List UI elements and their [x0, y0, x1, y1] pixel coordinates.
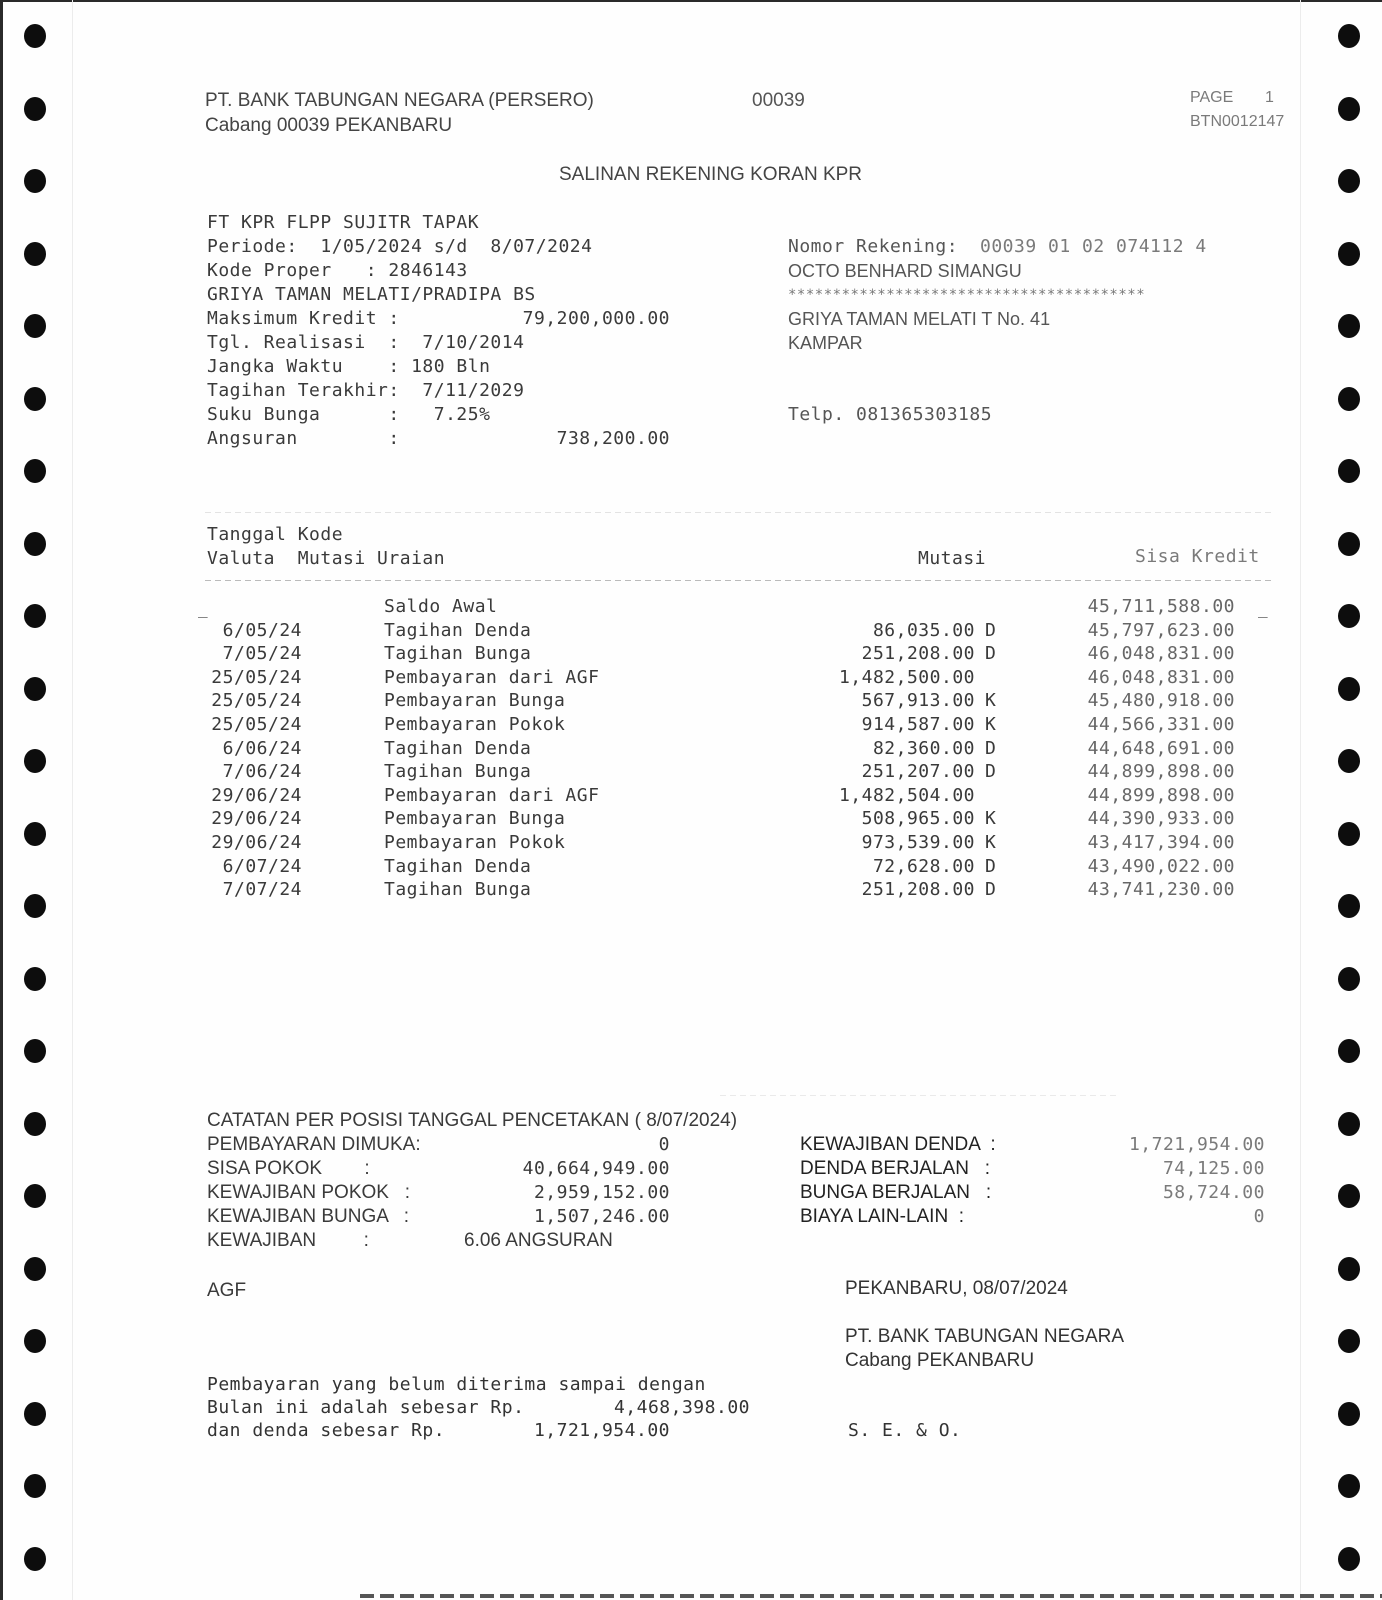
table-row: 25/05/24Pembayaran Bunga567,913.00K45,48…	[200, 690, 1270, 714]
summary-value: 1,507,246.00	[470, 1206, 670, 1228]
remaining-balance: 45,480,918.00	[1030, 690, 1235, 712]
transaction-date: 6/07/24	[200, 856, 302, 878]
tractor-hole-icon	[1338, 604, 1360, 628]
tractor-hole-icon	[24, 24, 46, 48]
document-title: SALINAN REKENING KORAN KPR	[559, 164, 862, 186]
column-header-valuta-mutasi-uraian: Valuta Mutasi Uraian	[207, 548, 445, 570]
transaction-amount: 251,208.00	[800, 643, 975, 665]
debit-credit-flag: D	[985, 620, 1005, 642]
remaining-balance: 44,390,933.00	[1030, 808, 1235, 830]
tractor-hole-icon	[24, 604, 46, 628]
tractor-hole-icon	[24, 532, 46, 556]
remaining-balance: 46,048,831.00	[1030, 667, 1235, 689]
note-penalty-amount: 1,721,954.00	[480, 1420, 670, 1442]
perforation-line-right	[1300, 0, 1301, 1600]
transaction-date: 29/06/24	[200, 832, 302, 854]
transaction-amount: 567,913.00	[800, 690, 975, 712]
tractor-hole-icon	[24, 97, 46, 121]
tractor-hole-icon	[24, 822, 46, 846]
tractor-hole-icon	[1338, 459, 1360, 483]
loan-period: Periode: 1/05/2024 s/d 8/07/2024	[207, 236, 592, 258]
debit-credit-flag: K	[985, 808, 1005, 830]
tractor-hole-icon	[1338, 314, 1360, 338]
transaction-description: Pembayaran dari AGF	[384, 785, 599, 807]
transaction-description: Tagihan Bunga	[384, 643, 531, 665]
remaining-balance: 43,490,022.00	[1030, 856, 1235, 878]
transaction-description: Tagihan Bunga	[384, 879, 531, 901]
tractor-hole-icon	[1338, 97, 1360, 121]
debit-credit-flag: D	[985, 879, 1005, 901]
tractor-hole-icon	[24, 314, 46, 338]
tractor-hole-icon	[24, 1184, 46, 1208]
transaction-date: 29/06/24	[200, 808, 302, 830]
summary-label: KEWAJIBAN DENDA :	[800, 1134, 996, 1156]
summary-label: DENDA BERJALAN :	[800, 1158, 990, 1180]
account-number: 00039 01 02 074112 4	[980, 236, 1207, 258]
tractor-hole-icon	[1338, 749, 1360, 773]
tractor-hole-icon	[1338, 1474, 1360, 1498]
address-line1: GRIYA TAMAN MELATI T No. 41	[788, 308, 1050, 330]
tractor-hole-icon	[1338, 894, 1360, 918]
tractor-hole-icon	[1338, 1257, 1360, 1281]
note-outstanding-amount: 4,468,398.00	[560, 1397, 750, 1419]
summary-value: 1,721,954.00	[1050, 1134, 1265, 1156]
table-row: 29/06/24Pembayaran dari AGF1,482,504.004…	[200, 785, 1270, 809]
tractor-hole-icon	[24, 1257, 46, 1281]
transaction-description: Pembayaran dari AGF	[384, 667, 599, 689]
summary-title: CATATAN PER POSISI TANGGAL PENCETAKAN ( …	[207, 1110, 737, 1132]
realization-date: Tgl. Realisasi : 7/10/2014	[207, 332, 524, 354]
tractor-hole-icon	[1338, 1329, 1360, 1353]
remaining-balance: 44,648,691.00	[1030, 738, 1235, 760]
paper-edge-top	[0, 0, 1382, 2]
table-row: 25/05/24Pembayaran dari AGF1,482,500.004…	[200, 667, 1270, 691]
statement-sheet: PT. BANK TABUNGAN NEGARA (PERSERO) Caban…	[0, 0, 1382, 1600]
summary-value: 40,664,949.00	[470, 1158, 670, 1180]
table-row: 29/06/24Pembayaran Bunga508,965.00K44,39…	[200, 808, 1270, 832]
remaining-balance: 45,711,588.00	[1030, 596, 1235, 618]
tractor-hole-icon	[1338, 1112, 1360, 1136]
transaction-date: 25/05/24	[200, 690, 302, 712]
table-row: 7/07/24Tagihan Bunga251,208.00D43,741,23…	[200, 879, 1270, 903]
tractor-hole-icon	[24, 1039, 46, 1063]
kode-proper: Kode Proper : 2846143	[207, 260, 468, 282]
tractor-hole-icon	[24, 677, 46, 701]
debit-credit-flag: K	[985, 714, 1005, 736]
tractor-hole-icon	[24, 1474, 46, 1498]
tractor-hole-icon	[24, 169, 46, 193]
tractor-hole-icon	[24, 967, 46, 991]
tractor-hole-icon	[24, 1329, 46, 1353]
tractor-hole-icon	[24, 459, 46, 483]
transaction-amount: 251,207.00	[800, 761, 975, 783]
remaining-balance: 44,566,331.00	[1030, 714, 1235, 736]
table-row: 25/05/24Pembayaran Pokok914,587.00K44,56…	[200, 714, 1270, 738]
agent-code: AGF	[207, 1280, 246, 1302]
remaining-balance: 43,417,394.00	[1030, 832, 1235, 854]
tractor-hole-icon	[24, 387, 46, 411]
column-header-sisa-kredit: Sisa Kredit	[1135, 546, 1260, 568]
max-credit-value: 79,200,000.00	[470, 308, 670, 330]
debit-credit-flag: K	[985, 690, 1005, 712]
debit-credit-flag: D	[985, 856, 1005, 878]
tractor-hole-icon	[1338, 169, 1360, 193]
summary-value: 2,959,152.00	[470, 1182, 670, 1204]
summary-kewajiban-value: 6.06 ANGSURAN	[464, 1230, 613, 1252]
table-row: 29/06/24Pembayaran Pokok973,539.00K43,41…	[200, 832, 1270, 856]
max-credit-label: Maksimum Kredit :	[207, 308, 400, 330]
transaction-amount: 973,539.00	[800, 832, 975, 854]
signer-line1: PT. BANK TABUNGAN NEGARA	[845, 1326, 1124, 1348]
summary-label: SISA POKOK :	[207, 1158, 370, 1180]
summary-label: BUNGA BERJALAN :	[800, 1182, 991, 1204]
tractor-hole-icon	[1338, 822, 1360, 846]
summary-label: KEWAJIBAN POKOK :	[207, 1182, 410, 1204]
table-row: 6/05/24Tagihan Denda86,035.00D45,797,623…	[200, 620, 1270, 644]
remaining-balance: 45,797,623.00	[1030, 620, 1235, 642]
form-code: BTN0012147	[1190, 111, 1284, 133]
tractor-hole-icon	[1338, 242, 1360, 266]
transaction-description: Pembayaran Bunga	[384, 690, 565, 712]
perforation-line-left	[72, 0, 73, 1600]
tear-line	[360, 1594, 1382, 1598]
transaction-date: 25/05/24	[200, 714, 302, 736]
customer-name: OCTO BENHARD SIMANGU	[788, 260, 1022, 282]
last-billing-date: Tagihan Terakhir: 7/11/2029	[207, 380, 524, 402]
installment-label: Angsuran :	[207, 428, 400, 450]
transaction-description: Pembayaran Pokok	[384, 714, 565, 736]
paper-edge-left	[0, 0, 3, 1600]
remaining-balance: 46,048,831.00	[1030, 643, 1235, 665]
remaining-balance: 43,741,230.00	[1030, 879, 1235, 901]
table-row: 6/07/24Tagihan Denda72,628.00D43,490,022…	[200, 856, 1270, 880]
masked-field: ****************************************	[788, 284, 1145, 306]
transaction-description: Tagihan Denda	[384, 856, 531, 878]
transaction-description: Tagihan Bunga	[384, 761, 531, 783]
address-line2: KAMPAR	[788, 332, 863, 354]
place-date: PEKANBARU, 08/07/2024	[845, 1278, 1068, 1300]
transaction-date: 6/05/24	[200, 620, 302, 642]
transaction-date: 29/06/24	[200, 785, 302, 807]
transaction-description: Tagihan Denda	[384, 738, 531, 760]
transaction-amount: 508,965.00	[800, 808, 975, 830]
installment-value: 738,200.00	[470, 428, 670, 450]
transaction-description: Saldo Awal	[384, 596, 497, 618]
summary-rule	[720, 1095, 1120, 1096]
summary-label: BIAYA LAIN-LAIN :	[800, 1206, 964, 1228]
tractor-hole-icon	[1338, 1039, 1360, 1063]
table-row: 7/06/24Tagihan Bunga251,207.00D44,899,89…	[200, 761, 1270, 785]
errors-omissions-mark: S. E. & O.	[848, 1420, 961, 1442]
transaction-amount: 72,628.00	[800, 856, 975, 878]
debit-credit-flag: K	[985, 832, 1005, 854]
transaction-amount: 251,208.00	[800, 879, 975, 901]
tractor-hole-icon	[1338, 967, 1360, 991]
tractor-hole-icon	[24, 894, 46, 918]
transaction-date: 25/05/24	[200, 667, 302, 689]
tractor-hole-icon	[1338, 677, 1360, 701]
column-header-date-code: Tanggal Kode	[207, 524, 343, 546]
tractor-hole-icon	[1338, 532, 1360, 556]
note-line1: Pembayaran yang belum diterima sampai de…	[207, 1374, 706, 1396]
tractor-hole-icon	[24, 1402, 46, 1426]
tractor-hole-icon	[24, 242, 46, 266]
tractor-hole-icon	[24, 749, 46, 773]
remaining-balance: 44,899,898.00	[1030, 785, 1235, 807]
transaction-date: 6/06/24	[200, 738, 302, 760]
project-name: GRIYA TAMAN MELATI/PRADIPA BS	[207, 284, 536, 306]
transaction-amount: 86,035.00	[800, 620, 975, 642]
loan-product: FT KPR FLPP SUJITR TAPAK	[207, 212, 479, 234]
interest-rate: Suku Bunga : 7.25%	[207, 404, 490, 426]
page-number: 1	[1265, 87, 1274, 109]
summary-value: 0	[470, 1134, 670, 1156]
summary-kewajiban-label: KEWAJIBAN :	[207, 1230, 369, 1252]
debit-credit-flag: D	[985, 643, 1005, 665]
tractor-hole-icon	[1338, 1402, 1360, 1426]
transaction-date: 7/06/24	[200, 761, 302, 783]
tractor-hole-icon	[1338, 387, 1360, 411]
summary-label: KEWAJIBAN BUNGA :	[207, 1206, 409, 1228]
transaction-amount: 82,360.00	[800, 738, 975, 760]
transaction-amount: 1,482,504.00	[800, 785, 975, 807]
tractor-hole-icon	[1338, 1547, 1360, 1571]
summary-value: 74,125.00	[1050, 1158, 1265, 1180]
account-number-label: Nomor Rekening:	[788, 236, 958, 258]
tractor-hole-icon	[24, 1112, 46, 1136]
header-rule-bottom	[205, 580, 1275, 581]
transaction-amount: 1,482,500.00	[800, 667, 975, 689]
debit-credit-flag: D	[985, 738, 1005, 760]
header-rule-top	[205, 512, 1275, 513]
summary-label: PEMBAYARAN DIMUKA:	[207, 1134, 421, 1156]
bank-name: PT. BANK TABUNGAN NEGARA (PERSERO)	[205, 90, 594, 112]
transaction-description: Pembayaran Bunga	[384, 808, 565, 830]
tractor-hole-icon	[1338, 1184, 1360, 1208]
summary-value: 0	[1050, 1206, 1265, 1228]
transaction-date: 7/05/24	[200, 643, 302, 665]
summary-value: 58,724.00	[1050, 1182, 1265, 1204]
phone-number: Telp. 081365303185	[788, 404, 992, 426]
transaction-description: Tagihan Denda	[384, 620, 531, 642]
remaining-balance: 44,899,898.00	[1030, 761, 1235, 783]
tractor-hole-icon	[1338, 24, 1360, 48]
transaction-description: Pembayaran Pokok	[384, 832, 565, 854]
signer-line2: Cabang PEKANBARU	[845, 1350, 1034, 1372]
branch-code: 00039	[752, 90, 805, 112]
table-row: 7/05/24Tagihan Bunga251,208.00D46,048,83…	[200, 643, 1270, 667]
table-row: Saldo Awal45,711,588.00	[200, 596, 1270, 620]
page-label: PAGE	[1190, 87, 1233, 109]
transaction-amount: 914,587.00	[800, 714, 975, 736]
table-row: 6/06/24Tagihan Denda82,360.00D44,648,691…	[200, 738, 1270, 762]
debit-credit-flag: D	[985, 761, 1005, 783]
loan-term: Jangka Waktu : 180 Bln	[207, 356, 490, 378]
note-line2-label: Bulan ini adalah sebesar Rp.	[207, 1397, 524, 1419]
transaction-date: 7/07/24	[200, 879, 302, 901]
tractor-hole-icon	[24, 1547, 46, 1571]
note-line3-label: dan denda sebesar Rp.	[207, 1420, 445, 1442]
column-header-mutasi: Mutasi	[918, 548, 986, 570]
branch-name: Cabang 00039 PEKANBARU	[205, 115, 452, 137]
